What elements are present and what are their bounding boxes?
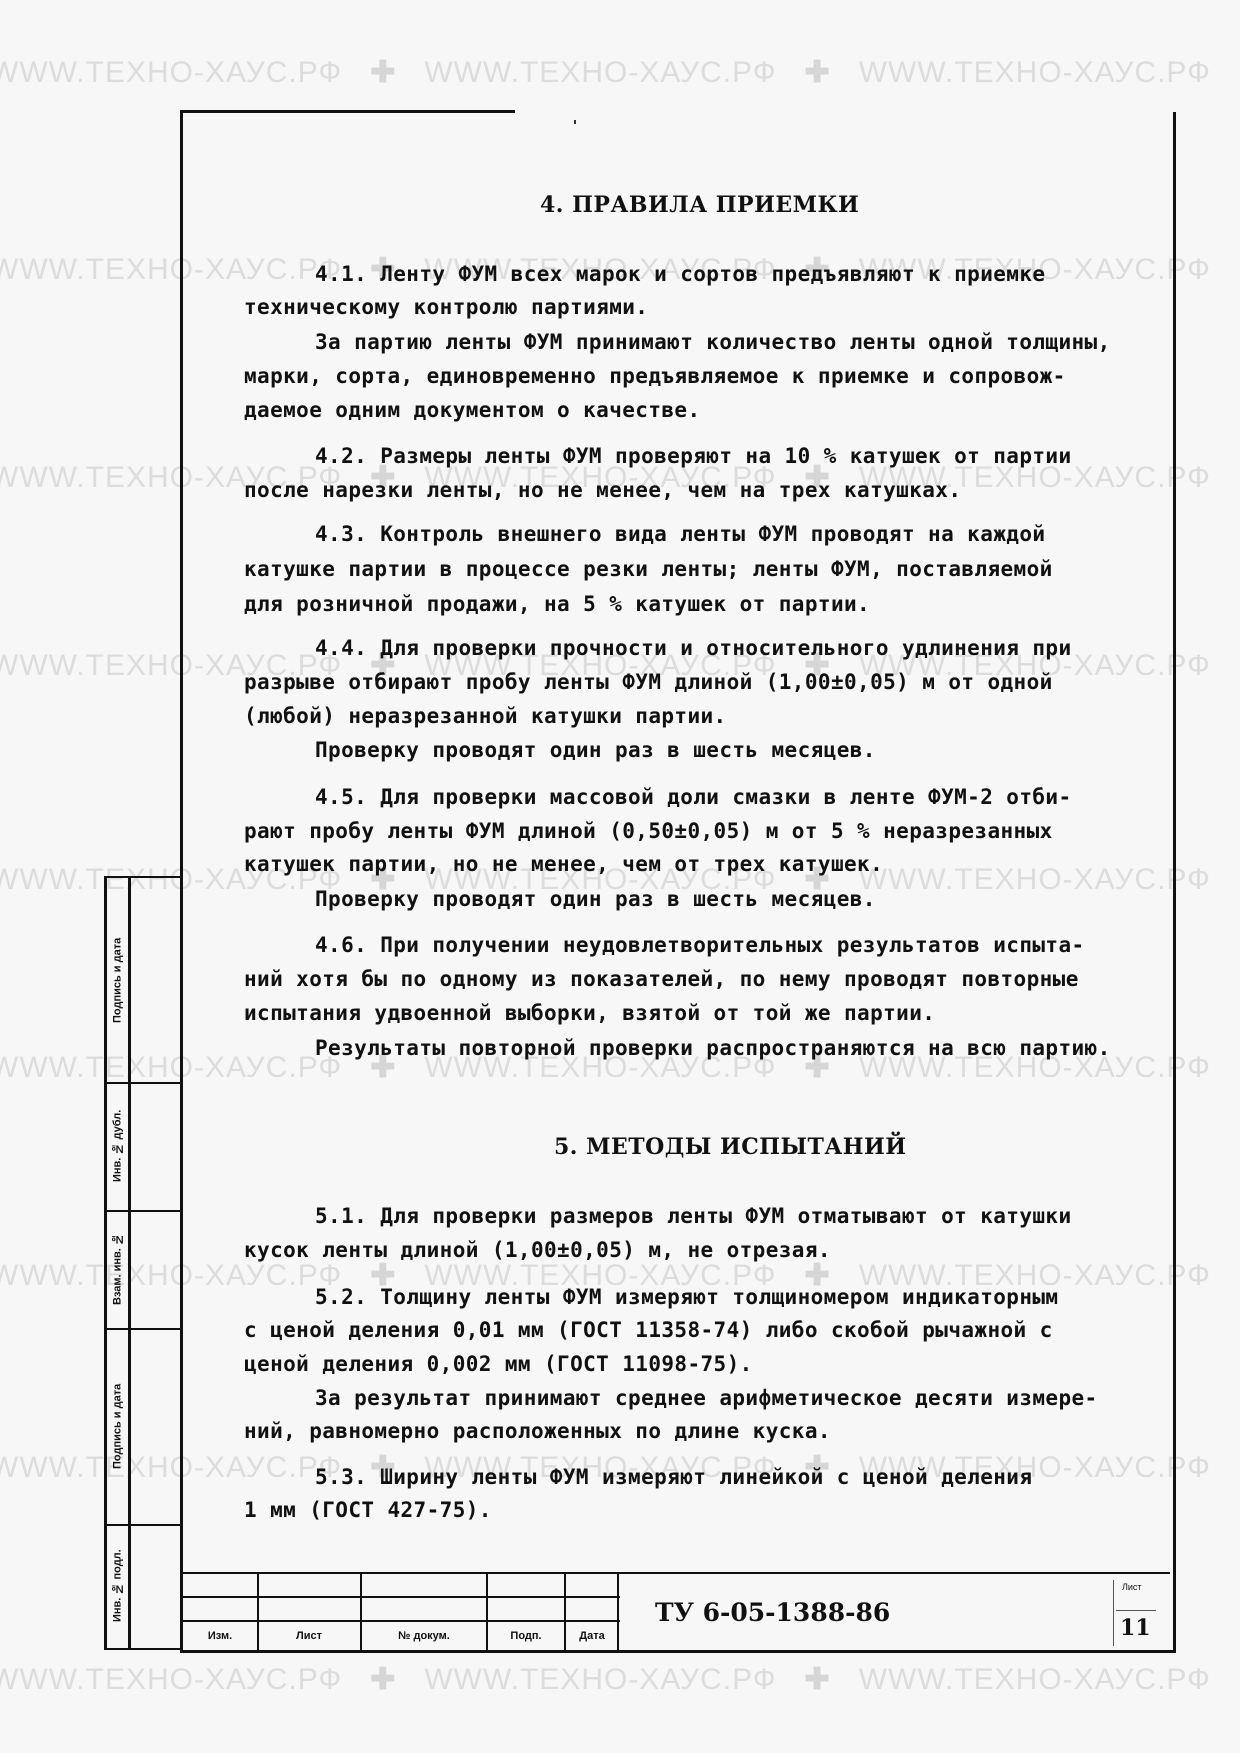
text-line: (любой) неразрезанной катушки партии. — [244, 703, 727, 729]
text-line: 5.1. Для проверки размеров ленты ФУМ отм… — [315, 1203, 1072, 1229]
text-line: катушке партии в процессе резки ленты; л… — [244, 556, 1053, 582]
text-line: техническому контролю партиями. — [244, 294, 648, 320]
text-line: катушек партии, но не менее, чем от трех… — [244, 851, 883, 877]
text-line: 4.1. Ленту ФУМ всех марок и сортов предъ… — [315, 261, 1045, 287]
title-block-col-line — [486, 1572, 488, 1650]
text-line: За партию ленты ФУМ принимают количество… — [315, 329, 1111, 355]
text-line: марки, сорта, единовременно предъявляемо… — [244, 363, 1066, 389]
watermark-row: WWW.ТЕХНО-ХАУС.РФ✚WWW.ТЕХНО-ХАУС.РФ✚WWW.… — [0, 1662, 1240, 1697]
col-label-doc-number: № докум. — [363, 1630, 485, 1642]
watermark-logo-icon: ✚ — [805, 55, 831, 90]
title-block-col-line — [257, 1572, 259, 1650]
text-line: разрыве отбирают пробу ленты ФУМ длиной … — [244, 669, 1053, 695]
text-line: За результат принимают среднее арифметич… — [315, 1385, 1098, 1411]
col-label-change: Изм. — [184, 1630, 256, 1642]
document-code: ТУ 6-05-1388-86 — [655, 1598, 890, 1627]
col-label-sheet: Лист — [260, 1630, 358, 1642]
top-border-rule — [180, 110, 515, 113]
text-line: ний хотя бы по одному из показателей, по… — [244, 966, 1079, 992]
sheet-cell-divider — [1113, 1580, 1114, 1646]
text-line: с ценой деления 0,01 мм (ГОСТ 11358-74) … — [244, 1317, 1053, 1343]
sheet-cell-rule — [1116, 1610, 1156, 1611]
text-line: рают пробу ленты ФУМ длиной (0,50±0,05) … — [244, 818, 1053, 844]
text-line: 4.6. При получении неудовлетворительных … — [315, 932, 1085, 958]
title-block-top-line — [180, 1572, 1170, 1574]
label-signature-date-1: Подпись и дата — [107, 880, 128, 1080]
text-line: для розничной продажи, на 5 % катушек от… — [244, 591, 870, 617]
text-line: 1 мм (ГОСТ 427-75). — [244, 1497, 492, 1523]
watermark-row: WWW.ТЕХНО-ХАУС.РФ✚WWW.ТЕХНО-ХАУС.РФ✚WWW.… — [0, 55, 1240, 90]
strip-divider — [104, 876, 180, 878]
text-line: 4.5. Для проверки массовой доли смазки в… — [315, 784, 1072, 810]
col-label-signature: Подп. — [489, 1630, 563, 1642]
title-block-col-line — [564, 1572, 566, 1650]
title-block-row-line — [180, 1596, 620, 1598]
text-line: Проверку проводят один раз в шесть месяц… — [315, 737, 876, 763]
label-duplicate-inv: Инв. № дубл. — [107, 1084, 128, 1208]
section-4-heading: 4. ПРАВИЛА ПРИЕМКИ — [540, 192, 859, 218]
watermark-text: WWW.ТЕХНО-ХАУС.РФ — [424, 56, 776, 89]
watermark-text: WWW.ТЕХНО-ХАУС.РФ — [0, 1663, 342, 1696]
label-original-inv: Инв. № подл. — [107, 1526, 128, 1646]
text-line: после нарезки ленты, но не менее, чем на… — [244, 477, 961, 503]
text-line: испытания удвоенной выборки, взятой от т… — [244, 1000, 935, 1026]
title-block-col-line — [360, 1572, 362, 1650]
side-stamp-strip: Подпись и дата Инв. № дубл. Взам. инв. №… — [104, 876, 180, 1650]
text-line: Проверку проводят один раз в шесть месяц… — [315, 886, 876, 912]
watermark-text: WWW.ТЕХНО-ХАУС.РФ — [0, 56, 342, 89]
text-line: ценой деления 0,002 мм (ГОСТ 11098-75). — [244, 1351, 753, 1377]
text-line: ний, равномерно расположенных по длине к… — [244, 1418, 831, 1444]
watermark-logo-icon: ✚ — [370, 55, 396, 90]
strip-inner-line — [128, 876, 131, 1650]
watermark-text: WWW.ТЕХНО-ХАУС.РФ — [859, 1663, 1211, 1696]
label-signature-date-2: Подпись и дата — [107, 1330, 128, 1522]
text-line: 5.2. Толщину ленты ФУМ измеряют толщином… — [315, 1284, 1058, 1310]
watermark-text: WWW.ТЕХНО-ХАУС.РФ — [424, 1663, 776, 1696]
title-block-col-line — [617, 1572, 619, 1650]
watermark-text: WWW.ТЕХНО-ХАУС.РФ — [859, 56, 1211, 89]
col-label-date: Дата — [567, 1630, 617, 1642]
text-line: 4.2. Размеры ленты ФУМ проверяют на 10 %… — [315, 443, 1072, 469]
text-line: 5.3. Ширину ленты ФУМ измеряют линейкой … — [315, 1464, 1032, 1490]
text-line: 4.4. Для проверки прочности и относитель… — [315, 635, 1072, 661]
label-replacement-inv: Взам. инв. № — [107, 1212, 128, 1326]
watermark-logo-icon: ✚ — [805, 1662, 831, 1697]
text-line: 4.3. Контроль внешнего вида ленты ФУМ пр… — [315, 521, 1045, 547]
watermark-logo-icon: ✚ — [370, 1662, 396, 1697]
text-line: даемое одним документом о качестве. — [244, 397, 701, 423]
title-block-row-line — [180, 1620, 620, 1622]
text-line: кусок ленты длиной (1,00±0,05) м, не отр… — [244, 1237, 831, 1263]
strip-divider — [104, 1648, 180, 1650]
text-line: Результаты повторной проверки распростра… — [315, 1035, 1111, 1061]
section-5-heading: 5. МЕТОДЫ ИСПЫТАНИЙ — [554, 1134, 907, 1160]
